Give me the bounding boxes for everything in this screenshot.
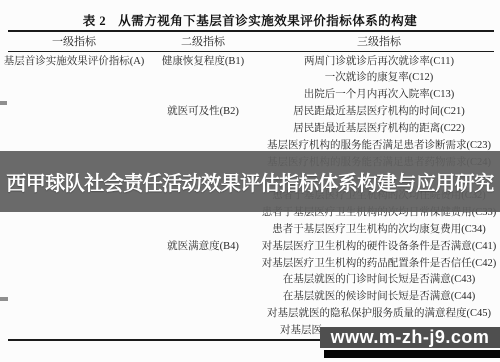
cell-level1 xyxy=(0,306,148,323)
cell-level3: 居民距最近基层医疗机构的时间(C21) xyxy=(258,104,500,121)
cell-level3: 出院后一个月内再次入院率(C13) xyxy=(258,87,500,104)
table-caption-title: 从需方视角下基层首诊实施效果评价指标体系的构建 xyxy=(118,14,417,28)
cell-level3: 一次就诊的康复率(C12) xyxy=(258,70,500,87)
cell-level1 xyxy=(0,239,148,256)
scan-speckle xyxy=(0,101,7,105)
overlay-banner-text: 西甲球队社会责任活动效果评估指标体系构建与应用研究 xyxy=(6,167,494,196)
table-header-rule xyxy=(8,51,494,52)
cell-level2 xyxy=(148,121,258,138)
cell-level3: 在基层就医的门诊时间长短是否满意(C43) xyxy=(258,272,500,289)
cell-level1 xyxy=(0,272,148,289)
cell-level1 xyxy=(0,87,148,104)
cell-level2: 就医可及性(B2) xyxy=(148,104,258,121)
scan-speckle xyxy=(0,297,8,301)
table-header-row: 一级指标 二级指标 三级指标 xyxy=(0,33,500,51)
column-header-level2: 二级指标 xyxy=(148,33,258,51)
overlay-banner: 西甲球队社会责任活动效果评估指标体系构建与应用研究 xyxy=(0,151,500,212)
cell-level3: 对基层医疗卫生机构的硬件设备条件是否满意(C41) xyxy=(258,239,500,256)
cell-level2 xyxy=(148,70,258,87)
table-row: 就医可及性(B2) 居民距最近基层医疗机构的时间(C21) xyxy=(0,104,500,121)
column-header-level1: 一级指标 xyxy=(0,33,148,51)
cell-level3: 两周门诊就诊后再次就诊率(C11) xyxy=(258,54,500,71)
cell-level2 xyxy=(148,323,258,340)
cell-level3: 居民距最近基层医疗机构的距离(C22) xyxy=(258,121,500,138)
cell-level1: 基层首诊实施效果评价指标(A) xyxy=(0,54,148,71)
cell-level1 xyxy=(0,121,148,138)
cell-level2 xyxy=(148,306,258,323)
table-row: 基层首诊实施效果评价指标(A) 健康恢复程度(B1) 两周门诊就诊后再次就诊率(… xyxy=(0,54,500,71)
table-row: 居民距最近基层医疗机构的距离(C22) xyxy=(0,121,500,138)
cell-level3: 对基层医疗卫生机构的药品配置条件是否信任(C42) xyxy=(258,256,500,273)
cell-level1 xyxy=(0,222,148,239)
cell-level3: 患者于基层医疗卫生机构的次均康复费用(C34) xyxy=(258,222,500,239)
cell-level2 xyxy=(148,272,258,289)
watermark-box: www.m-zh-j9.com xyxy=(320,327,500,348)
table-row: 患者于基层医疗卫生机构的次均康复费用(C34) xyxy=(0,222,500,239)
cell-level1 xyxy=(0,104,148,121)
watermark-url-text: www.m-zh-j9.com xyxy=(331,327,490,348)
column-header-level3: 三级指标 xyxy=(258,33,500,51)
table-row: 一次就诊的康复率(C12) xyxy=(0,70,500,87)
cell-level1 xyxy=(0,289,148,306)
cell-level3: 在基层就医的候诊时间长短是否满意(C44) xyxy=(258,289,500,306)
table-caption-number: 表 2 xyxy=(83,14,106,28)
cell-level1 xyxy=(0,256,148,273)
table-row: 在基层就医的候诊时间长短是否满意(C44) xyxy=(0,289,500,306)
cell-level1 xyxy=(0,70,148,87)
cell-level3: 对基层就医的隐私保护服务质量的满意程度(C45) xyxy=(258,306,500,323)
cell-level2 xyxy=(148,87,258,104)
table-top-rule xyxy=(8,30,494,32)
cell-level2: 就医满意度(B4) xyxy=(148,239,258,256)
table-row: 在基层就医的门诊时间长短是否满意(C43) xyxy=(0,272,500,289)
scanned-paper-page: 表 2从需方视角下基层首诊实施效果评价指标体系的构建 一级指标 二级指标 三级指… xyxy=(0,0,500,362)
table-row: 就医满意度(B4) 对基层医疗卫生机构的硬件设备条件是否满意(C41) xyxy=(0,239,500,256)
cell-level2 xyxy=(148,289,258,306)
table-row: 对基层就医的隐私保护服务质量的满意程度(C45) xyxy=(0,306,500,323)
cell-level2 xyxy=(148,256,258,273)
watermark-bottom-bar xyxy=(324,350,500,358)
cell-level1 xyxy=(0,323,148,340)
cell-level2: 健康恢复程度(B1) xyxy=(148,54,258,71)
table-row: 出院后一个月内再次入院率(C13) xyxy=(0,87,500,104)
cell-level2 xyxy=(148,222,258,239)
table-row: 对基层医疗卫生机构的药品配置条件是否信任(C42) xyxy=(0,256,500,273)
table-caption: 表 2从需方视角下基层首诊实施效果评价指标体系的构建 xyxy=(0,11,500,29)
